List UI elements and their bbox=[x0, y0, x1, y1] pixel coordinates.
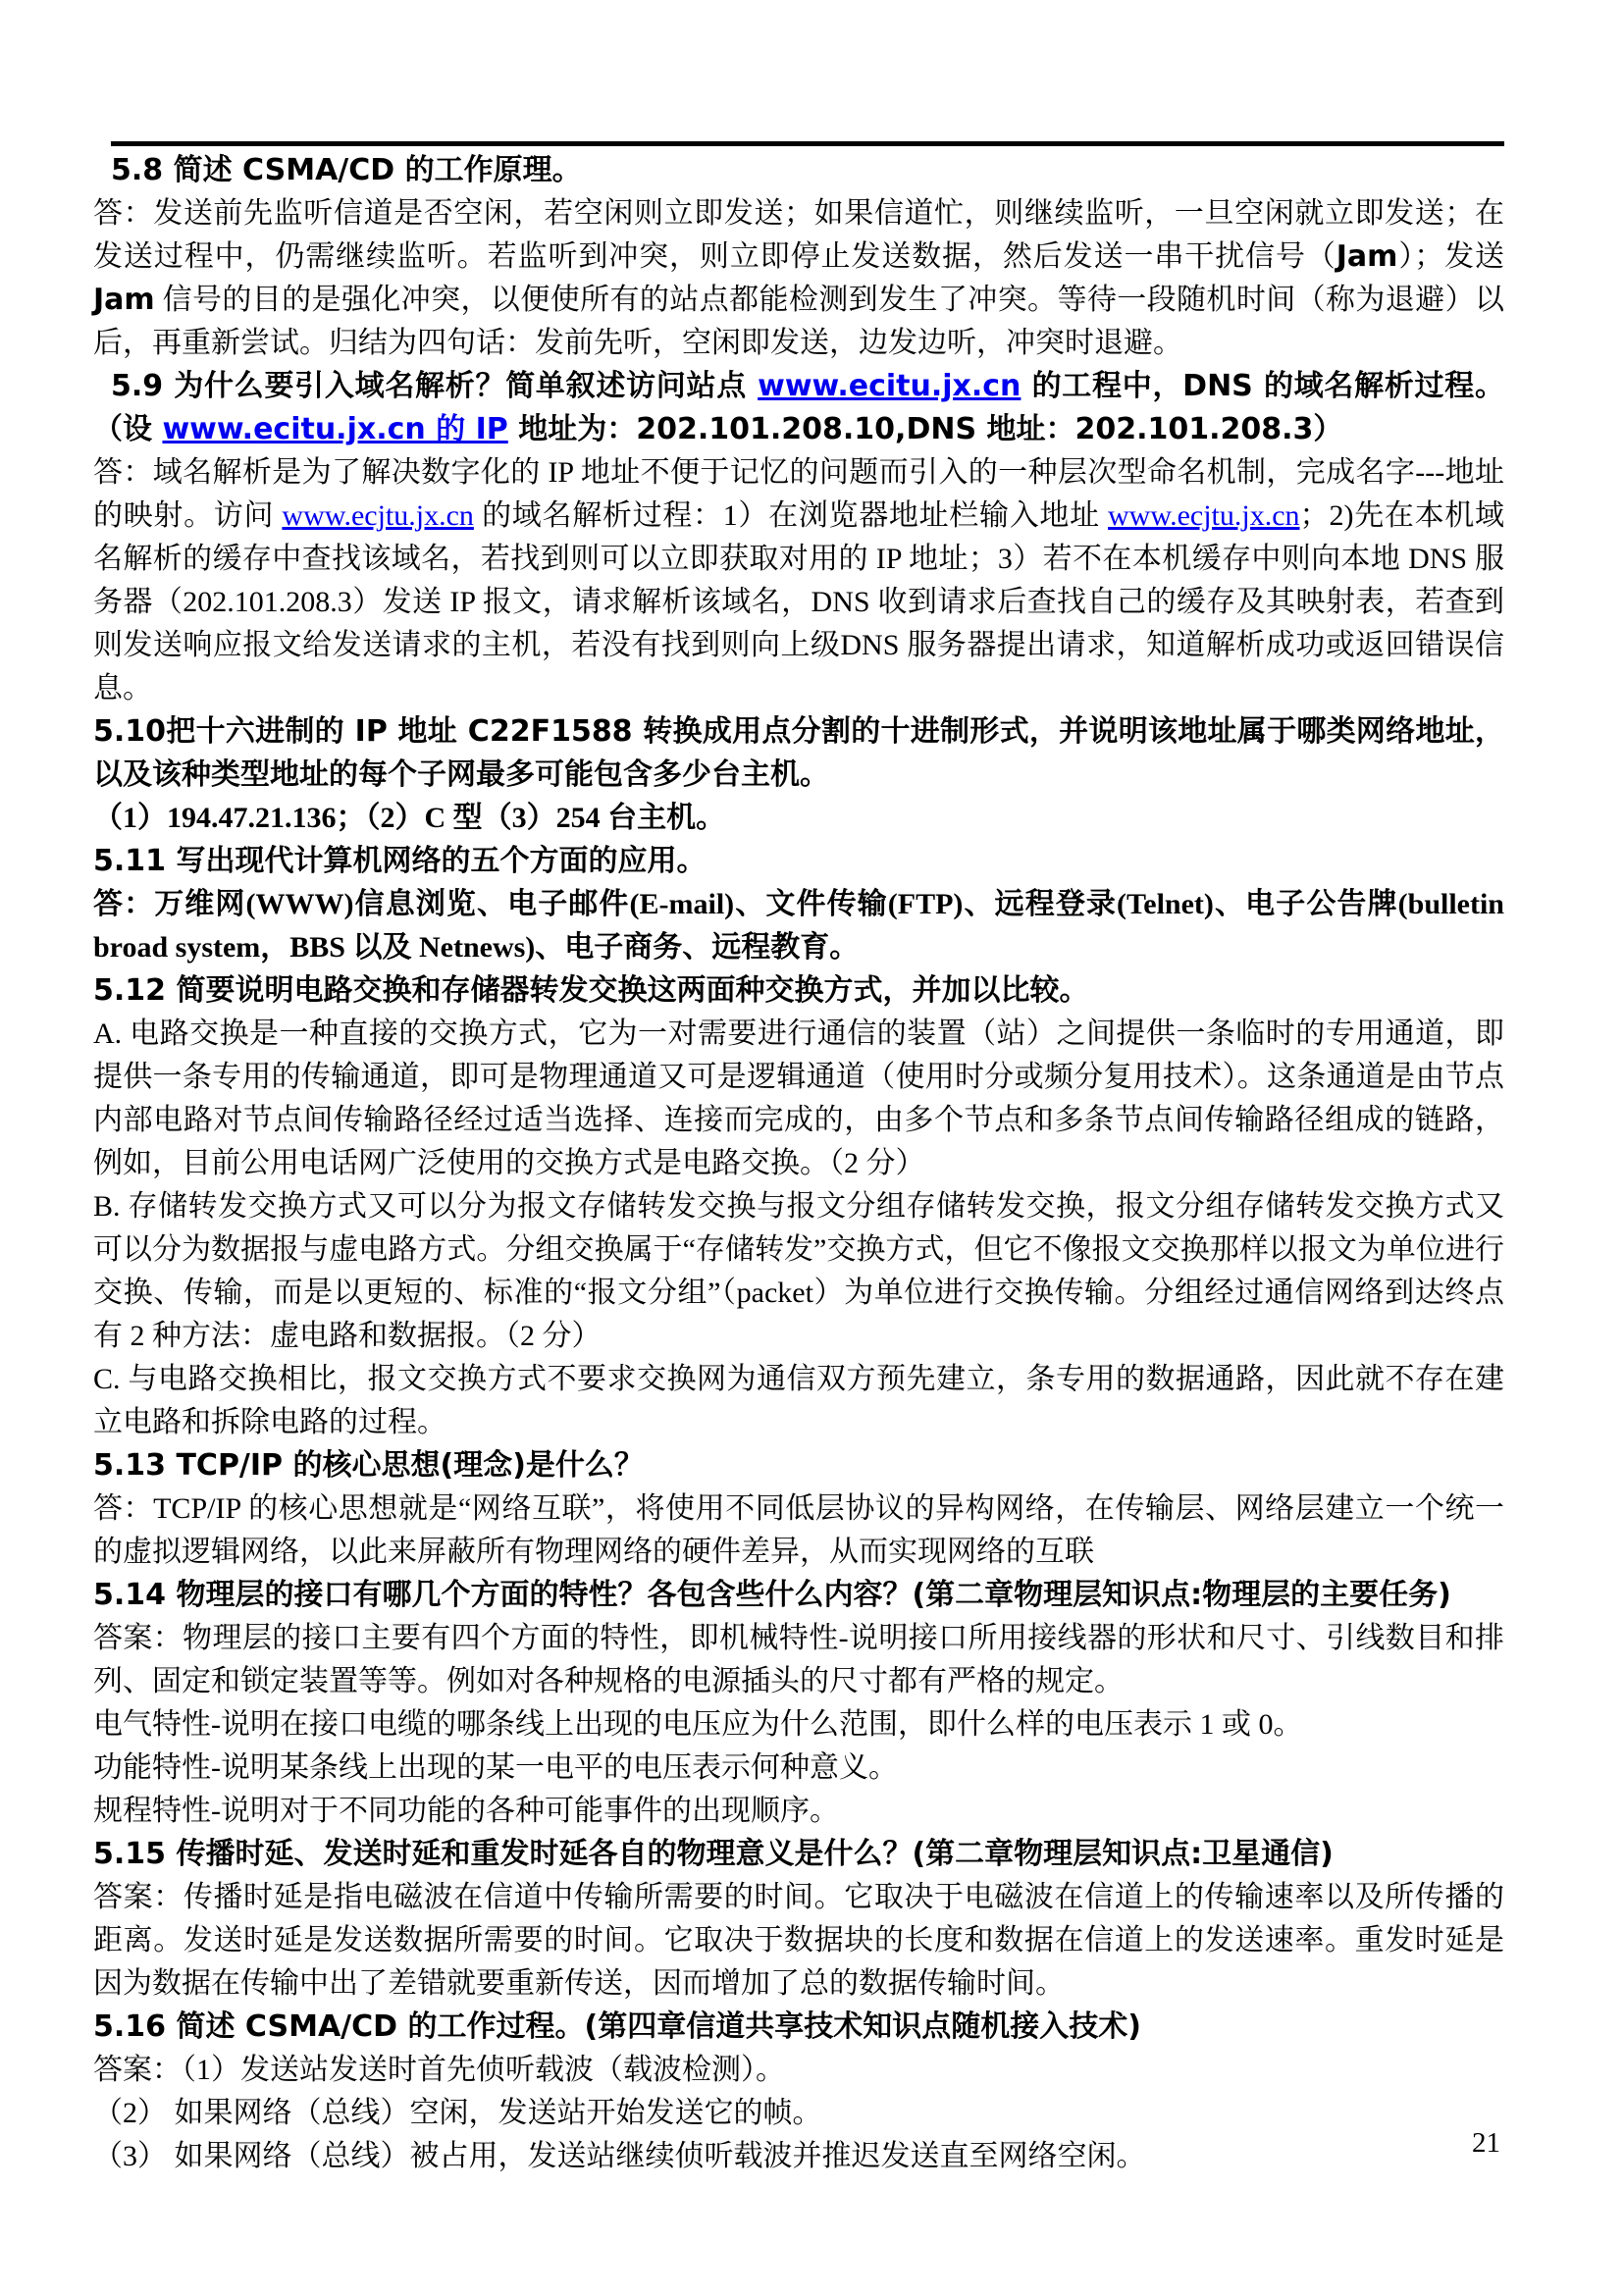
q5-16-answer-2: （2） 如果网络（总线）空闲，发送站开始发送它的帧。 bbox=[93, 2092, 1504, 2135]
text-run: 答案：物理层的接口主要有四个方面的特性，即机械特性-说明接口所用接线器的形状和尺… bbox=[93, 1622, 1504, 1697]
q5-9-heading: 5.9 为什么要引入域名解析？简单叙述访问站点 www.ecitu.jx.cn … bbox=[93, 365, 1504, 451]
q5-8-heading: 5.8 简述 CSMA/CD 的工作原理。 bbox=[93, 149, 1504, 192]
text-run: 5.10把十六进制的 IP 地址 C22F1588 转换成用点分割的十进制形式，… bbox=[93, 714, 1504, 792]
text-run: 5.13 TCP/IP 的核心思想(理念)是什么？ bbox=[93, 1448, 644, 1483]
q5-12-answer-c: C. 与电路交换相比，报文交换方式不要求交换网为通信双方预先建立，条专用的数据通… bbox=[93, 1358, 1504, 1444]
text-run: 地址为：202.101.208.10,DNS 地址：202.101.208.3） bbox=[508, 412, 1343, 446]
q5-15-answer: 答案：传播时延是指电磁波在信道中传输所需要的时间。它取决于电磁波在信道上的传输速… bbox=[93, 1876, 1504, 2006]
text-run: （3） 如果网络（总线）被占用，发送站继续侦听载波并推迟发送直至网络空闲。 bbox=[93, 2140, 1146, 2172]
text-run: 规程特性-说明对于不同功能的各种可能事件的出现顺序。 bbox=[93, 1795, 839, 1827]
text-run: B. 存储转发交换方式又可以分为报文存储转发交换与报文分组存储转发交换，报文分组… bbox=[93, 1190, 1504, 1352]
q5-16-heading: 5.16 简述 CSMA/CD 的工作过程。(第四章信道共享技术知识点随机接入技… bbox=[93, 2006, 1504, 2049]
text-run: 答：发送前先监听信道是否空闲，若空闲则立即发送；如果信道忙，则继续监听，一旦空闲… bbox=[93, 197, 1504, 273]
q5-16-answer-1: 答案：（1）发送站发送时首先侦听载波（载波检测）。 bbox=[93, 2049, 1504, 2092]
q5-14-answer-mechanical: 答案：物理层的接口主要有四个方面的特性，即机械特性-说明接口所用接线器的形状和尺… bbox=[93, 1617, 1504, 1703]
q5-15-heading: 5.15 传播时延、发送时延和重发时延各自的物理意义是什么？(第二章物理层知识点… bbox=[93, 1833, 1504, 1876]
text-run: 5.16 简述 CSMA/CD 的工作过程。(第四章信道共享技术知识点随机接入技… bbox=[93, 2009, 1141, 2044]
document-page: 5.8 简述 CSMA/CD 的工作原理。答：发送前先监听信道是否空闲，若空闲则… bbox=[0, 0, 1624, 2295]
q5-14-answer-electrical: 电气特性-说明在接口电缆的哪条线上出现的电压应为什么范围，即什么样的电压表示 1… bbox=[93, 1703, 1504, 1747]
text-run: （1）194.47.21.136；（2）C 型（3）254 台主机。 bbox=[93, 802, 725, 834]
hyperlink[interactable]: www.ecitu.jx.cn bbox=[758, 369, 1021, 403]
text-run: 5.9 为什么要引入域名解析？简单叙述访问站点 bbox=[111, 369, 758, 403]
q5-14-answer-functional: 功能特性-说明某条线上出现的某一电平的电压表示何种意义。 bbox=[93, 1747, 1504, 1790]
text-run: ）；发送 bbox=[1397, 240, 1504, 273]
hyperlink[interactable]: www.ecjtu.jx.cn bbox=[282, 499, 474, 532]
text-run: 答案：传播时延是指电磁波在信道中传输所需要的时间。它取决于电磁波在信道上的传输速… bbox=[93, 1881, 1504, 2000]
text-run: 答：万维网(WWW)信息浏览、电子邮件(E-mail)、文件传输(FTP)、远程… bbox=[93, 888, 1504, 964]
hyperlink[interactable]: www.ecjtu.jx.cn bbox=[1108, 499, 1300, 532]
text-run: 答：TCP/IP 的核心思想就是“网络互联”，将使用不同低层协议的异构网络，在传… bbox=[93, 1492, 1504, 1568]
q5-9-answer: 答：域名解析是为了解决数字化的 IP 地址不便于记忆的问题而引入的一种层次型命名… bbox=[93, 451, 1504, 710]
text-run: C. 与电路交换相比，报文交换方式不要求交换网为通信双方预先建立，条专用的数据通… bbox=[93, 1363, 1504, 1438]
text-run: （2） 如果网络（总线）空闲，发送站开始发送它的帧。 bbox=[93, 2097, 822, 2129]
text-run: 5.11 写出现代计算机网络的五个方面的应用。 bbox=[93, 844, 706, 878]
text-run: 信号的目的是强化冲突，以便使所有的站点都能检测到发生了冲突。等待一段随机时间（称… bbox=[93, 284, 1504, 359]
page-number: 21 bbox=[1472, 2125, 1500, 2161]
q5-13-answer: 答：TCP/IP 的核心思想就是“网络互联”，将使用不同低层协议的异构网络，在传… bbox=[93, 1487, 1504, 1574]
text-run: 的域名解析过程：1）在浏览器地址栏输入地址 bbox=[474, 499, 1108, 532]
text-run: 电气特性-说明在接口电缆的哪条线上出现的电压应为什么范围，即什么样的电压表示 1… bbox=[93, 1708, 1303, 1741]
text-run: 功能特性-说明某条线上出现的某一电平的电压表示何种意义。 bbox=[93, 1751, 898, 1784]
text-run: Jam bbox=[93, 283, 155, 317]
text-run: 5.14 物理层的接口有哪几个方面的特性？各包含些什么内容？(第二章物理层知识点… bbox=[93, 1578, 1451, 1612]
hyperlink[interactable]: www.ecitu.jx.cn 的 IP bbox=[162, 412, 507, 446]
text-run: 5.8 简述 CSMA/CD 的工作原理。 bbox=[111, 153, 582, 187]
q5-14-heading: 5.14 物理层的接口有哪几个方面的特性？各包含些什么内容？(第二章物理层知识点… bbox=[93, 1574, 1504, 1617]
q5-14-answer-procedural: 规程特性-说明对于不同功能的各种可能事件的出现顺序。 bbox=[93, 1790, 1504, 1833]
q5-12-answer-a: A. 电路交换是一种直接的交换方式，它为一对需要进行通信的装置（站）之间提供一条… bbox=[93, 1013, 1504, 1185]
q5-11-answer: 答：万维网(WWW)信息浏览、电子邮件(E-mail)、文件传输(FTP)、远程… bbox=[93, 883, 1504, 969]
text-run: Jam bbox=[1336, 239, 1398, 274]
q5-11-heading: 5.11 写出现代计算机网络的五个方面的应用。 bbox=[93, 840, 1504, 883]
q5-13-heading: 5.13 TCP/IP 的核心思想(理念)是什么？ bbox=[93, 1444, 1504, 1487]
text-run: 答案：（1）发送站发送时首先侦听载波（载波检测）。 bbox=[93, 2054, 785, 2086]
q5-16-answer-3: （3） 如果网络（总线）被占用，发送站继续侦听载波并推迟发送直至网络空闲。 bbox=[93, 2135, 1504, 2178]
text-run: 5.15 传播时延、发送时延和重发时延各自的物理意义是什么？(第二章物理层知识点… bbox=[93, 1837, 1334, 1871]
text-run: A. 电路交换是一种直接的交换方式，它为一对需要进行通信的装置（站）之间提供一条… bbox=[93, 1017, 1504, 1179]
q5-12-answer-b: B. 存储转发交换方式又可以分为报文存储转发交换与报文分组存储转发交换，报文分组… bbox=[93, 1185, 1504, 1358]
q5-8-answer: 答：发送前先监听信道是否空闲，若空闲则立即发送；如果信道忙，则继续监听，一旦空闲… bbox=[93, 192, 1504, 365]
q5-12-heading: 5.12 简要说明电路交换和存储器转发交换这两面种交换方式，并加以比较。 bbox=[93, 969, 1504, 1013]
text-run: 5.12 简要说明电路交换和存储器转发交换这两面种交换方式，并加以比较。 bbox=[93, 973, 1088, 1008]
document-blocks: 5.8 简述 CSMA/CD 的工作原理。答：发送前先监听信道是否空闲，若空闲则… bbox=[93, 149, 1504, 2178]
header-rule bbox=[111, 141, 1504, 146]
q5-10-answer: （1）194.47.21.136；（2）C 型（3）254 台主机。 bbox=[93, 797, 1504, 840]
q5-10-heading: 5.10把十六进制的 IP 地址 C22F1588 转换成用点分割的十进制形式，… bbox=[93, 710, 1504, 797]
